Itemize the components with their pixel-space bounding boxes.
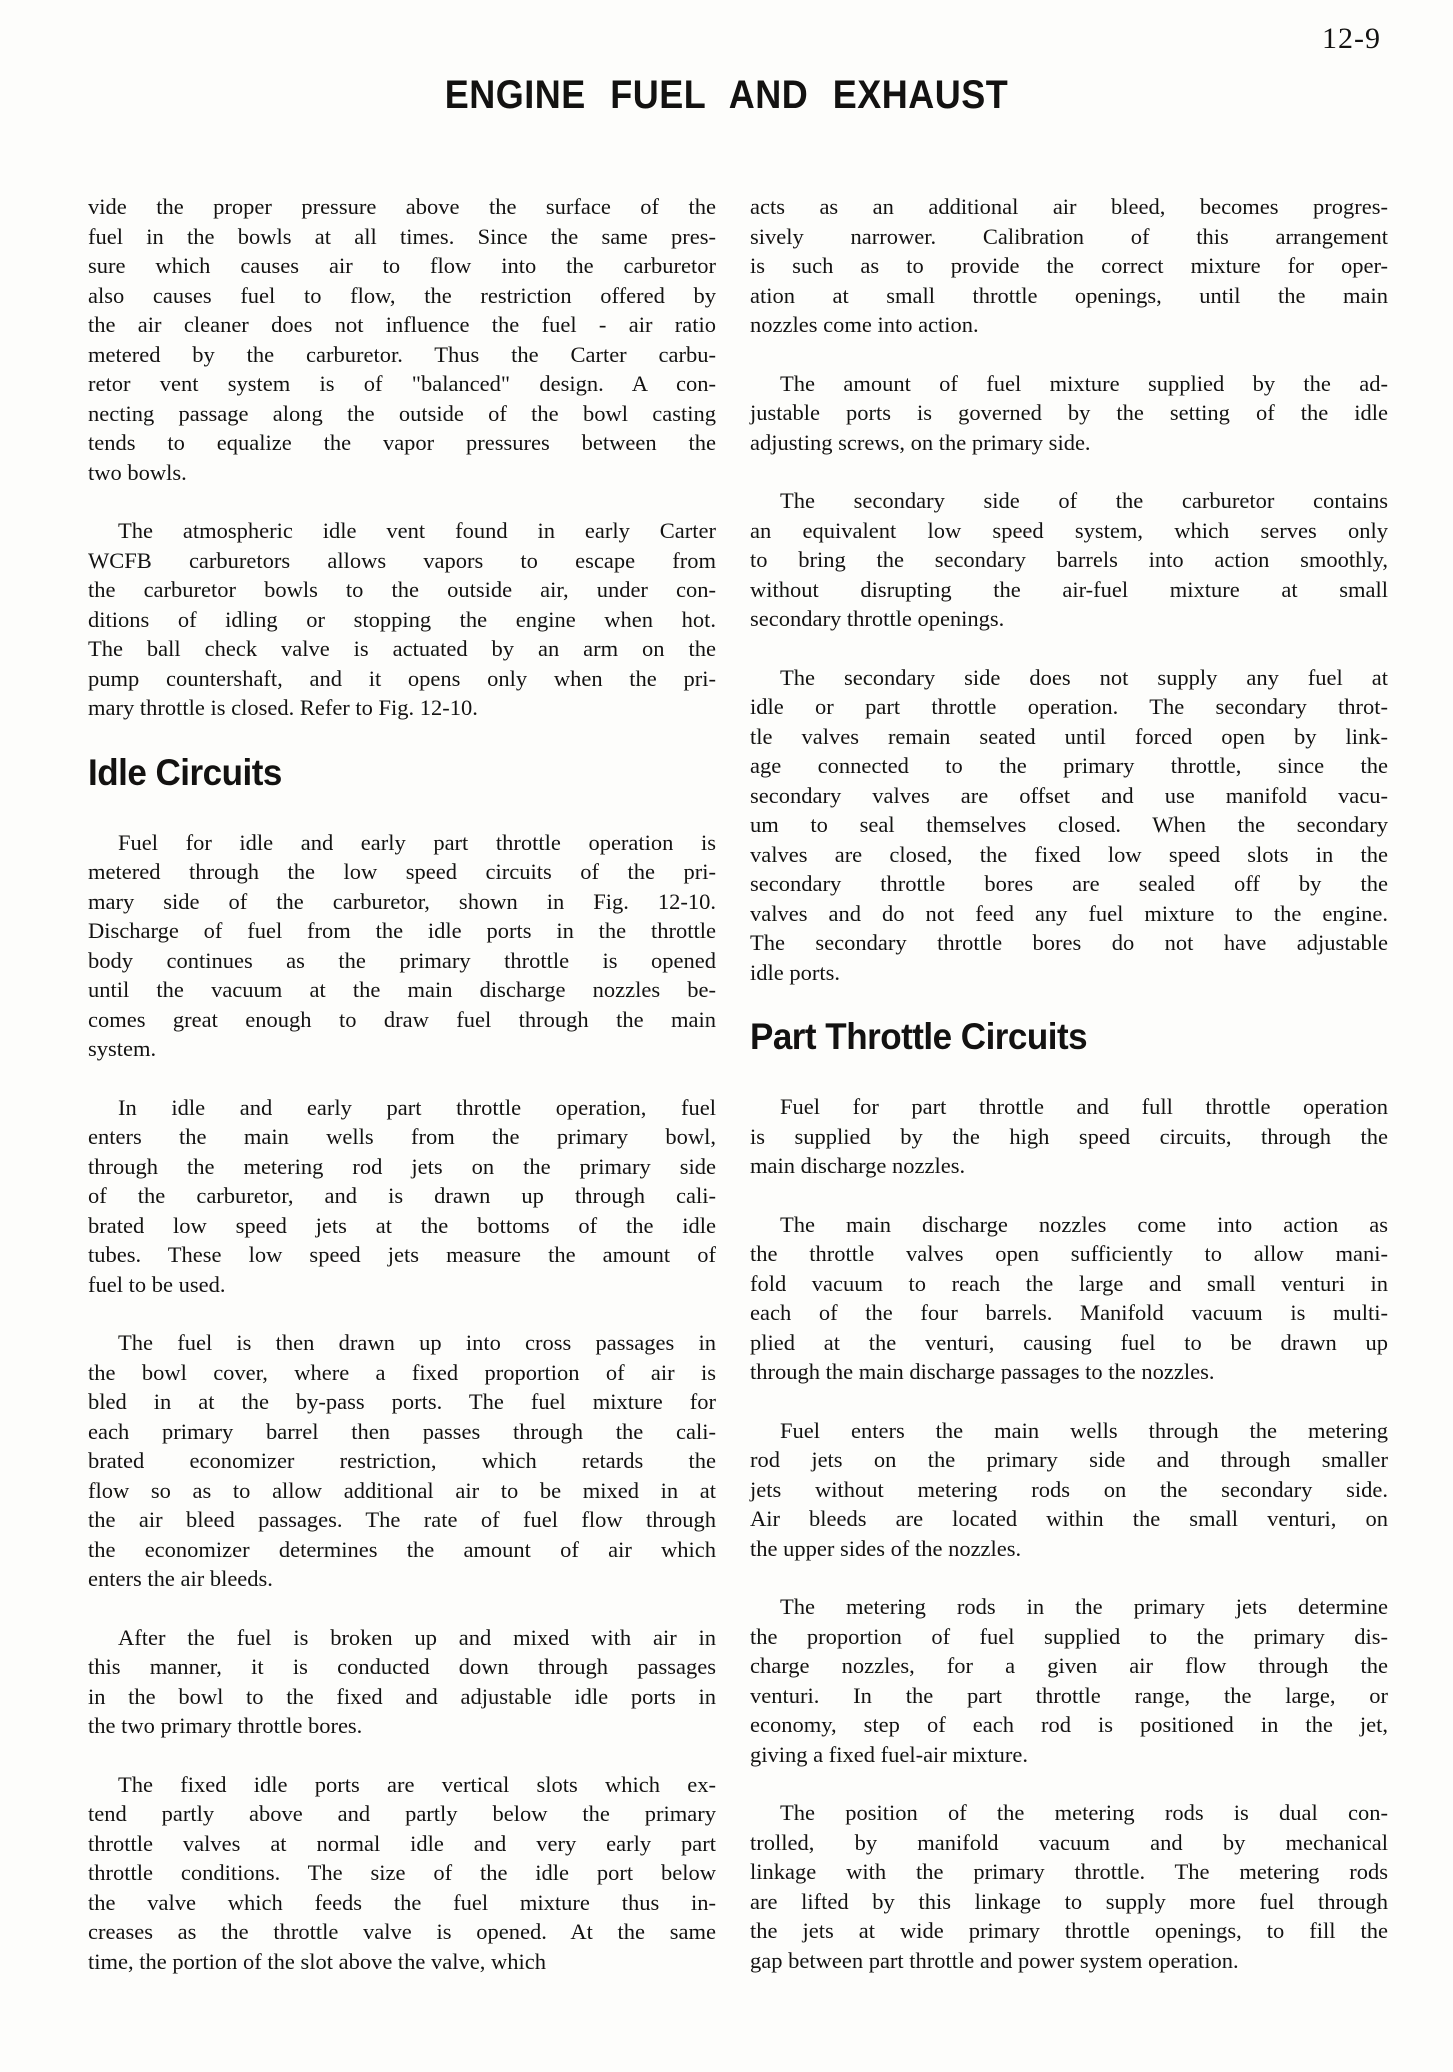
text-line: fold vacuum to reach the large and small… [750, 1269, 1388, 1299]
text-line: of the carburetor, and is drawn up throu… [88, 1181, 716, 1211]
text-line: Fuel for idle and early part throttle op… [88, 828, 716, 858]
paragraph: In idle and early part throttle operatio… [88, 1093, 716, 1300]
page-title: ENGINE FUEL AND EXHAUST [0, 74, 1453, 116]
text-line: The fuel is then drawn up into cross pas… [88, 1328, 716, 1358]
text-line: valves are closed, the fixed low speed s… [750, 840, 1388, 870]
text-line: flow so as to allow additional air to be… [88, 1476, 716, 1506]
text-line: comes great enough to draw fuel through … [88, 1005, 716, 1035]
text-line: justable ports is governed by the settin… [750, 398, 1388, 428]
text-line: retor vent system is of "balanced" desig… [88, 369, 716, 399]
text-line: metered by the carburetor. Thus the Cart… [88, 340, 716, 370]
text-line: In idle and early part throttle operatio… [88, 1093, 716, 1123]
text-line: valves and do not feed any fuel mixture … [750, 899, 1388, 929]
paragraph: The position of the metering rods is dua… [750, 1798, 1388, 1975]
text-line: bled in at the by-pass ports. The fuel m… [88, 1387, 716, 1417]
text-line: The fixed idle ports are vertical slots … [88, 1770, 716, 1800]
paragraph: vide the proper pressure above the surfa… [88, 192, 716, 487]
text-line: through the metering rod jets on the pri… [88, 1152, 716, 1182]
text-line: throttle valves at normal idle and very … [88, 1829, 716, 1859]
text-line: giving a fixed fuel-air mixture. [750, 1740, 1388, 1770]
text-line: is supplied by the high speed circuits, … [750, 1122, 1388, 1152]
text-line: are lifted by this linkage to supply mor… [750, 1887, 1388, 1917]
text-line: The secondary throttle bores do not have… [750, 928, 1388, 958]
text-line: tends to equalize the vapor pressures be… [88, 428, 716, 458]
text-line: throttle conditions. The size of the idl… [88, 1858, 716, 1888]
text-line: each of the four barrels. Manifold vacuu… [750, 1298, 1388, 1328]
section-heading: Part Throttle Circuits [750, 1016, 1388, 1058]
paragraph: The main discharge nozzles come into act… [750, 1210, 1388, 1387]
text-line: until the vacuum at the main discharge n… [88, 975, 716, 1005]
text-line: adjusting screws, on the primary side. [750, 428, 1388, 458]
text-line: nozzles come into action. [750, 310, 1388, 340]
text-line: The secondary side of the carburetor con… [750, 486, 1388, 516]
text-line: idle ports. [750, 958, 1388, 988]
text-line: idle or part throttle operation. The sec… [750, 692, 1388, 722]
paragraph: The atmospheric idle vent found in early… [88, 516, 716, 723]
text-line: sure which causes air to flow into the c… [88, 251, 716, 281]
text-line: sively narrower. Calibration of this arr… [750, 222, 1388, 252]
paragraph: The fixed idle ports are vertical slots … [88, 1770, 716, 1977]
text-line: the jets at wide primary throttle openin… [750, 1916, 1388, 1946]
manual-page: 12-9 ENGINE FUEL AND EXHAUST vide the pr… [0, 0, 1453, 2072]
text-line: The amount of fuel mixture supplied by t… [750, 369, 1388, 399]
text-line: WCFB carburetors allows vapors to escape… [88, 546, 716, 576]
right-column: acts as an additional air bleed, becomes… [750, 192, 1388, 1975]
text-line: the two primary throttle bores. [88, 1711, 716, 1741]
paragraph: acts as an additional air bleed, becomes… [750, 192, 1388, 340]
text-line: two bowls. [88, 458, 716, 488]
text-line: Fuel for part throttle and full throttle… [750, 1092, 1388, 1122]
paragraph: The secondary side of the carburetor con… [750, 486, 1388, 634]
text-line: The metering rods in the primary jets de… [750, 1592, 1388, 1622]
text-line: tle valves remain seated until forced op… [750, 722, 1388, 752]
text-line: tend partly above and partly below the p… [88, 1799, 716, 1829]
text-line: economy, step of each rod is positioned … [750, 1710, 1388, 1740]
text-line: the proportion of fuel supplied to the p… [750, 1622, 1388, 1652]
text-line: is such as to provide the correct mixtur… [750, 251, 1388, 281]
text-line: Discharge of fuel from the idle ports in… [88, 916, 716, 946]
text-line: the bowl cover, where a fixed proportion… [88, 1358, 716, 1388]
text-line: Fuel enters the main wells through the m… [750, 1416, 1388, 1446]
paragraph: After the fuel is broken up and mixed wi… [88, 1623, 716, 1741]
section-heading: Idle Circuits [88, 752, 716, 794]
text-line: secondary valves are offset and use mani… [750, 781, 1388, 811]
left-column: vide the proper pressure above the surfa… [88, 192, 716, 1976]
text-line: rod jets on the primary side and through… [750, 1445, 1388, 1475]
text-line: in the bowl to the fixed and adjustable … [88, 1682, 716, 1712]
text-line: an equivalent low speed system, which se… [750, 516, 1388, 546]
text-line: this manner, it is conducted down throug… [88, 1652, 716, 1682]
paragraph: Fuel for idle and early part throttle op… [88, 828, 716, 1064]
text-line: age connected to the primary throttle, s… [750, 751, 1388, 781]
text-line: brated economizer restriction, which ret… [88, 1446, 716, 1476]
text-line: brated low speed jets at the bottoms of … [88, 1211, 716, 1241]
text-line: pump countershaft, and it opens only whe… [88, 664, 716, 694]
text-line: The main discharge nozzles come into act… [750, 1210, 1388, 1240]
text-line: also causes fuel to flow, the restrictio… [88, 281, 716, 311]
text-line: acts as an additional air bleed, becomes… [750, 192, 1388, 222]
text-line: ation at small throttle openings, until … [750, 281, 1388, 311]
text-line: through the main discharge passages to t… [750, 1357, 1388, 1387]
text-line: ditions of idling or stopping the engine… [88, 605, 716, 635]
text-line: charge nozzles, for a given air flow thr… [750, 1651, 1388, 1681]
text-line: the carburetor bowls to the outside air,… [88, 575, 716, 605]
text-line: the economizer determines the amount of … [88, 1535, 716, 1565]
text-line: to bring the secondary barrels into acti… [750, 545, 1388, 575]
text-line: fuel to be used. [88, 1270, 716, 1300]
text-line: time, the portion of the slot above the … [88, 1947, 716, 1977]
text-line: The position of the metering rods is dua… [750, 1798, 1388, 1828]
text-line: metered through the low speed circuits o… [88, 857, 716, 887]
paragraph: Fuel for part throttle and full throttle… [750, 1092, 1388, 1181]
text-line: body continues as the primary throttle i… [88, 946, 716, 976]
text-line: the valve which feeds the fuel mixture t… [88, 1888, 716, 1918]
text-line: tubes. These low speed jets measure the … [88, 1240, 716, 1270]
text-line: the air bleed passages. The rate of fuel… [88, 1505, 716, 1535]
text-line: creases as the throttle valve is opened.… [88, 1917, 716, 1947]
text-line: enters the air bleeds. [88, 1564, 716, 1594]
text-line: The atmospheric idle vent found in early… [88, 516, 716, 546]
paragraph: The fuel is then drawn up into cross pas… [88, 1328, 716, 1594]
text-line: mary side of the carburetor, shown in Fi… [88, 887, 716, 917]
text-line: gap between part throttle and power syst… [750, 1946, 1388, 1976]
text-line: the air cleaner does not influence the f… [88, 310, 716, 340]
paragraph: The amount of fuel mixture supplied by t… [750, 369, 1388, 458]
text-line: The ball check valve is actuated by an a… [88, 634, 716, 664]
paragraph: Fuel enters the main wells through the m… [750, 1416, 1388, 1564]
text-line: The secondary side does not supply any f… [750, 663, 1388, 693]
text-line: each primary barrel then passes through … [88, 1417, 716, 1447]
text-line: necting passage along the outside of the… [88, 399, 716, 429]
text-line: the throttle valves open sufficiently to… [750, 1239, 1388, 1269]
text-line: system. [88, 1034, 716, 1064]
text-line: secondary throttle openings. [750, 604, 1388, 634]
text-line: secondary throttle bores are sealed off … [750, 869, 1388, 899]
text-line: the upper sides of the nozzles. [750, 1534, 1388, 1564]
paragraph: The metering rods in the primary jets de… [750, 1592, 1388, 1769]
text-line: fuel in the bowls at all times. Since th… [88, 222, 716, 252]
text-line: plied at the venturi, causing fuel to be… [750, 1328, 1388, 1358]
text-line: Air bleeds are located within the small … [750, 1504, 1388, 1534]
text-line: um to seal themselves closed. When the s… [750, 810, 1388, 840]
text-line: jets without metering rods on the second… [750, 1475, 1388, 1505]
text-line: without disrupting the air-fuel mixture … [750, 575, 1388, 605]
text-line: enters the main wells from the primary b… [88, 1122, 716, 1152]
text-line: mary throttle is closed. Refer to Fig. 1… [88, 693, 716, 723]
page-number: 12-9 [1322, 22, 1381, 56]
paragraph: The secondary side does not supply any f… [750, 663, 1388, 988]
text-line: linkage with the primary throttle. The m… [750, 1857, 1388, 1887]
text-line: vide the proper pressure above the surfa… [88, 192, 716, 222]
text-line: main discharge nozzles. [750, 1151, 1388, 1181]
text-line: trolled, by manifold vacuum and by mecha… [750, 1828, 1388, 1858]
text-line: venturi. In the part throttle range, the… [750, 1681, 1388, 1711]
text-line: After the fuel is broken up and mixed wi… [88, 1623, 716, 1653]
